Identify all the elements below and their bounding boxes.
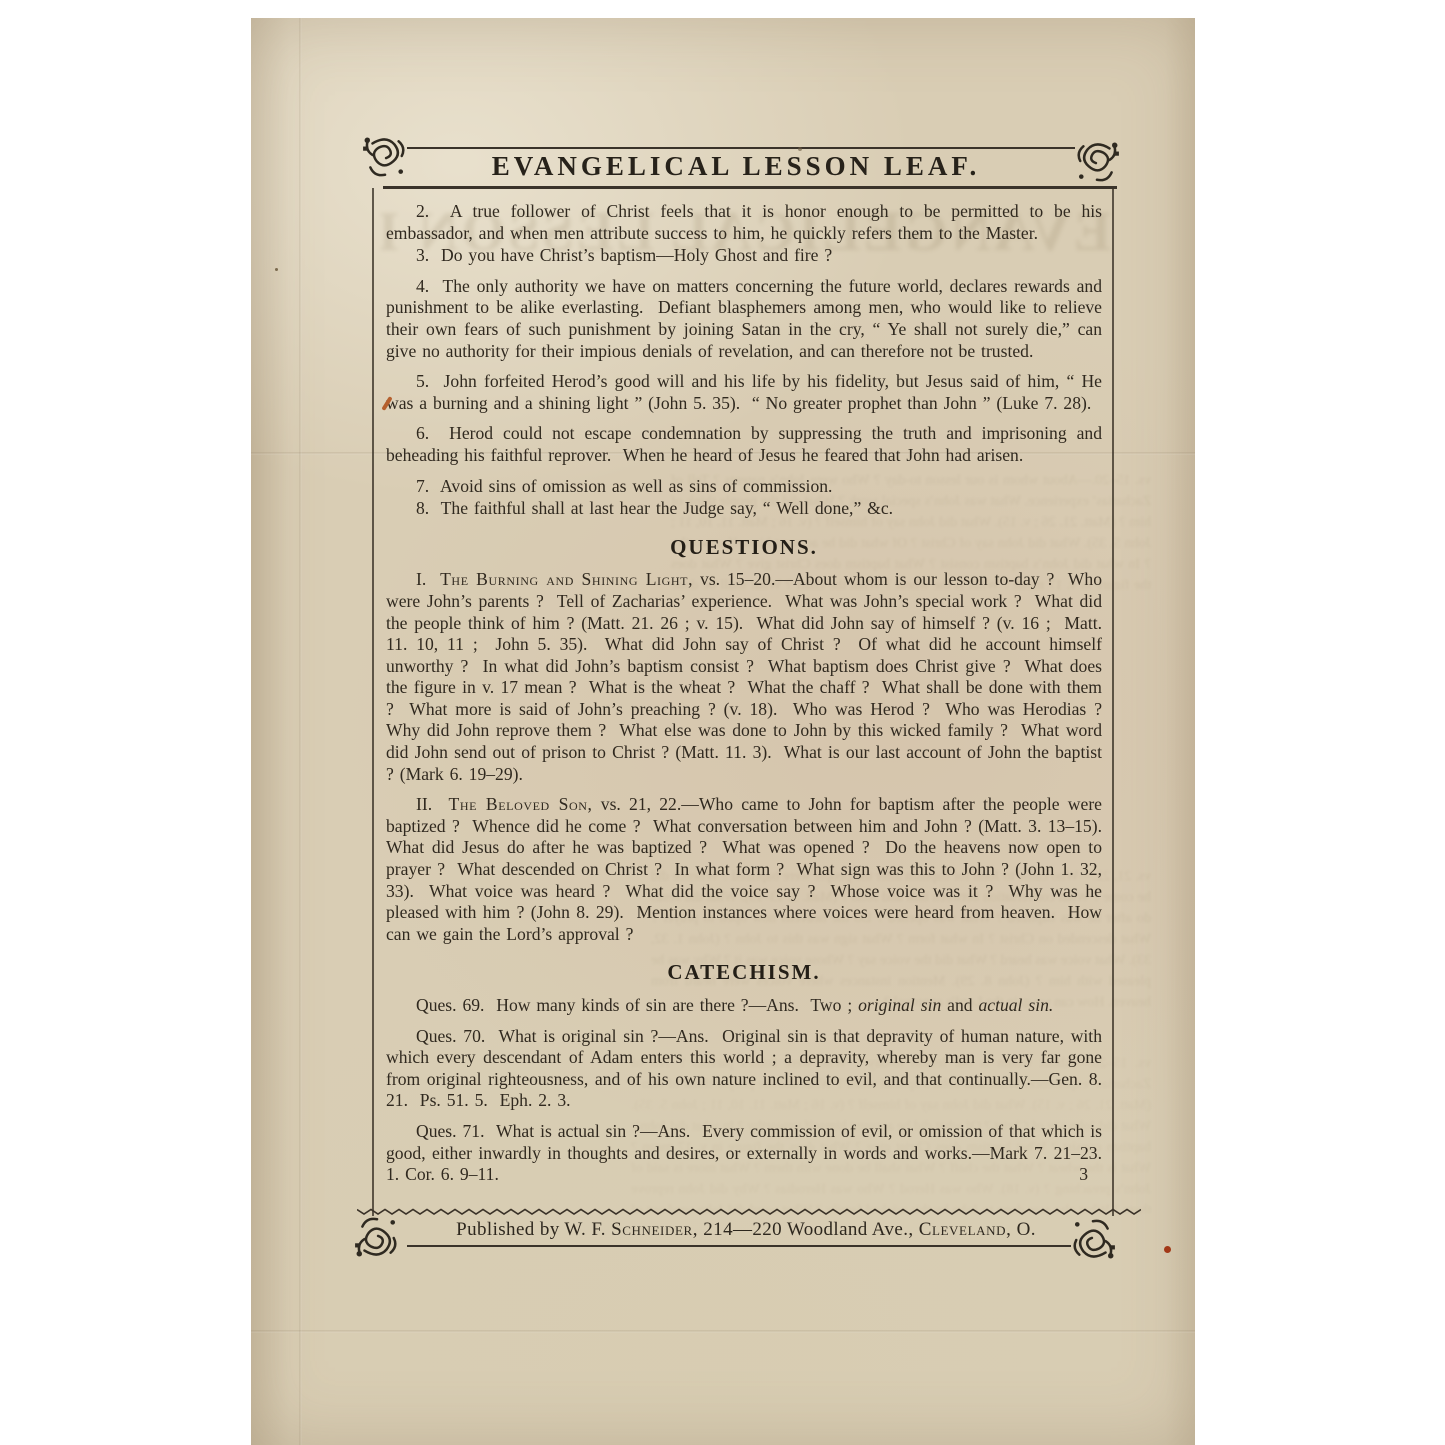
body-content: 2. A true follower of Christ feels that … (386, 201, 1102, 1186)
ink-speck (1164, 1246, 1171, 1253)
corner-ornament-bottom-left-icon (353, 1214, 399, 1260)
text-segment: actual sin. (978, 995, 1053, 1015)
wavy-rule (357, 1208, 1141, 1216)
section-heading: CATECHISM. (386, 962, 1102, 984)
paragraph: Ques. 71. What is actual sin ?—Ans. Ever… (386, 1121, 1102, 1186)
paragraph: 4. The only authority we have on matters… (386, 276, 1102, 362)
header-bottom-rule (383, 186, 1117, 189)
text-segment: 214—220 Woodland Ave., (698, 1219, 919, 1240)
text-segment: I. (416, 569, 440, 589)
paragraph: II. The Beloved Son, vs. 21, 22.—Who cam… (386, 794, 1102, 945)
ink-speck (303, 1110, 307, 1114)
text-segment: vs. 15–20.—About whom is our lesson to-d… (386, 569, 1114, 783)
footer-rule (407, 1245, 1071, 1247)
text-segment: Ques. 69. How many kinds of sin are ther… (416, 995, 858, 1015)
text-frame-left-border (372, 188, 374, 1216)
paper-crease (251, 1330, 1195, 1333)
scan-background: { "header": { "title": "EVANGELICAL LESS… (0, 0, 1445, 1445)
imprint: Published by W. F. Schneider, 214—220 Wo… (401, 1219, 1091, 1241)
text-segment: original sin (858, 995, 941, 1015)
document-page: EVANGELICAL LESSON LEAF. vs. 15–20.—Abou… (251, 18, 1195, 1445)
paper-crease (299, 18, 302, 1445)
paragraph: I. The Burning and Shining Light, vs. 15… (386, 569, 1102, 785)
text-segment: O. (1011, 1219, 1035, 1240)
page-number: 3 (1079, 1164, 1088, 1186)
paragraph: 2. A true follower of Christ feels that … (386, 201, 1102, 244)
header-top-rule (407, 147, 1075, 149)
paragraph: 3. Do you have Christ’s baptism—Holy Gho… (386, 245, 1102, 267)
paragraph: 8. The faithful shall at last hear the J… (386, 498, 1102, 520)
text-segment: The Beloved Son, (449, 794, 593, 814)
paragraph: 7. Avoid sins of omission as well as sin… (386, 476, 1102, 498)
text-segment: Cleveland, (919, 1219, 1012, 1240)
paragraph: 6. Herod could not escape condemnation b… (386, 423, 1102, 466)
text-segment: The Burning and Shining Light, (440, 569, 693, 589)
paragraph: 5. John forfeited Herod’s good will and … (386, 371, 1102, 414)
text-segment: II. (416, 794, 449, 814)
ink-speck (275, 268, 278, 271)
section-heading: QUESTIONS. (386, 537, 1102, 559)
text-segment: and (941, 995, 978, 1015)
paragraph: Ques. 70. What is original sin ?—Ans. Or… (386, 1026, 1102, 1112)
text-segment: Published by W. F. (456, 1219, 611, 1240)
page-title: EVANGELICAL LESSON LEAF. (366, 151, 1106, 182)
text-segment: vs. 21, 22.—Who came to John for baptism… (386, 794, 1114, 944)
paragraph: Ques. 69. How many kinds of sin are ther… (386, 995, 1102, 1017)
text-segment: Schneider, (611, 1219, 698, 1240)
ink-speck (798, 147, 802, 151)
